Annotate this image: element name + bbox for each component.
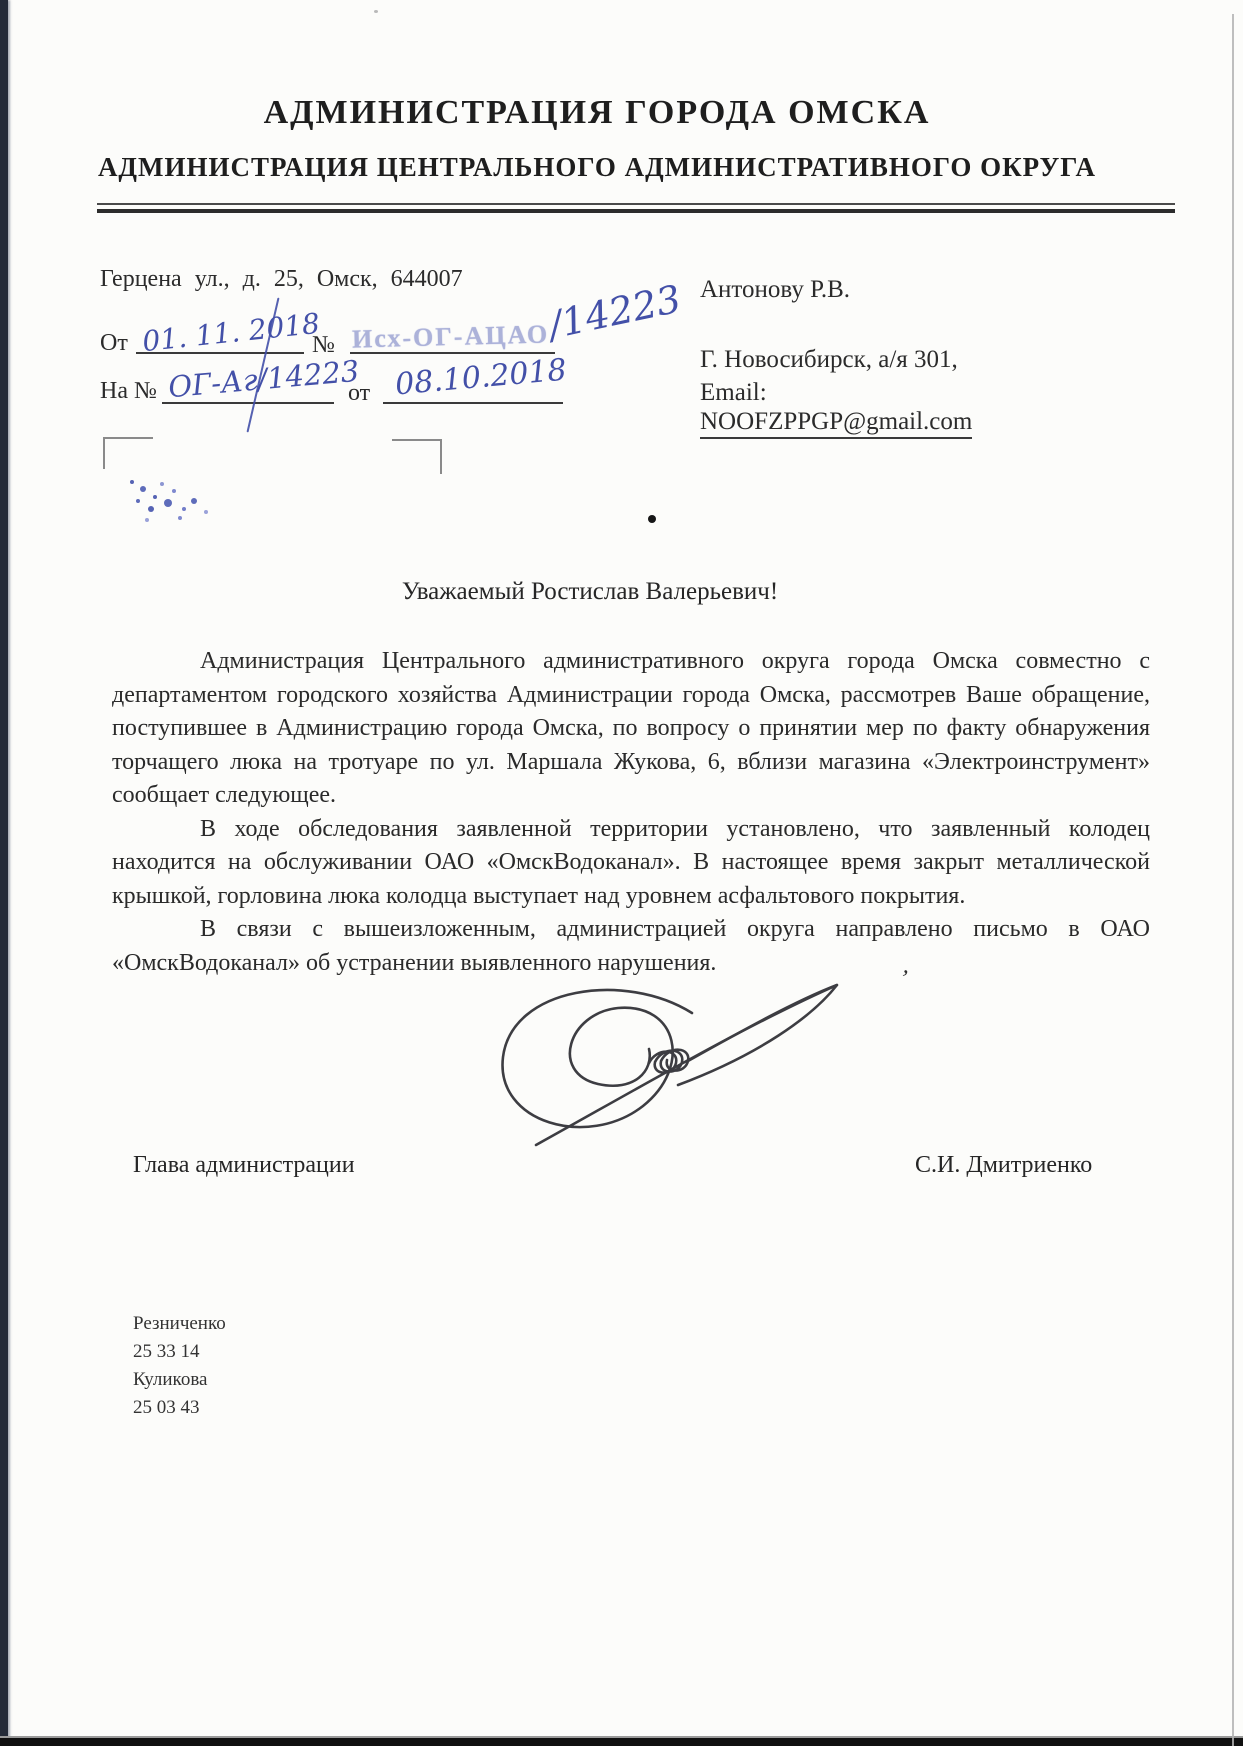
ref-number-handwritten: /14223 bbox=[545, 277, 685, 348]
handwritten-signature bbox=[440, 975, 860, 1150]
recipient-email-label: Email: bbox=[700, 379, 767, 407]
body-paragraph-3: В связи с вышеизложенным, администрацией… bbox=[112, 913, 1150, 980]
ref-reply-label: На № bbox=[100, 378, 157, 405]
letterhead-rule-thick bbox=[97, 209, 1175, 213]
ref-reply-underline bbox=[162, 402, 334, 404]
body-paragraph-1: Администрация Центрального административ… bbox=[112, 645, 1150, 813]
recipient-name: Антонову Р.В. bbox=[700, 276, 850, 304]
letterhead-subtitle: АДМИНИСТРАЦИЯ ЦЕНТРАЛЬНОГО АДМИНИСТРАТИВ… bbox=[62, 152, 1132, 183]
sender-address: Герцена ул., д. 25, Омск, 644007 bbox=[100, 266, 463, 293]
scanned-letter-page: АДМИНИСТРАЦИЯ ГОРОДА ОМСКА АДМИНИСТРАЦИЯ… bbox=[0, 0, 1243, 1746]
scan-edge-right bbox=[1232, 14, 1234, 1746]
ref-reply-date-label: от bbox=[348, 380, 370, 407]
ref-reply-date-underline bbox=[383, 402, 563, 404]
bullet-dot-artifact bbox=[648, 515, 656, 523]
executor-phone-2: 25 03 43 bbox=[133, 1394, 226, 1422]
body-paragraph-2: В ходе обследования заявленной территори… bbox=[112, 813, 1150, 914]
ref-reply-date-handwritten: 08.10.2018 bbox=[394, 353, 568, 403]
executor-contacts: Резниченко 25 33 14 Куликова 25 03 43 bbox=[133, 1310, 226, 1422]
ink-speckle-cluster bbox=[130, 480, 134, 484]
recipient-address: Г. Новосибирск, а/я 301, bbox=[700, 346, 958, 374]
scan-edge-bottom bbox=[0, 1736, 1243, 1746]
scan-edge-left bbox=[0, 0, 8, 1746]
recipient-email: NOOFZPPGP@gmail.com bbox=[700, 408, 972, 439]
executor-name-2: Куликова bbox=[133, 1366, 226, 1394]
executor-phone-1: 25 33 14 bbox=[133, 1338, 226, 1366]
executor-name-1: Резниченко bbox=[133, 1310, 226, 1338]
salutation: Уважаемый Ростислав Валерьевич! bbox=[90, 578, 1090, 606]
ref-from-underline bbox=[136, 352, 304, 354]
letter-body: Администрация Центрального административ… bbox=[112, 645, 1150, 980]
scan-speck bbox=[374, 10, 378, 13]
outgoing-stamp: Исх-ОГ-АЦАО bbox=[352, 319, 550, 354]
letterhead-rule-thin bbox=[97, 203, 1175, 205]
signer-name: С.И. Дмитриенко bbox=[915, 1152, 1092, 1179]
ref-from-label: От bbox=[100, 330, 128, 357]
address-window-bracket-right bbox=[392, 439, 442, 474]
address-window-bracket-left bbox=[103, 437, 153, 469]
signer-position-title: Глава администрации bbox=[133, 1152, 355, 1179]
ref-from-date-handwritten: 01. 11. 2018 bbox=[141, 307, 322, 358]
letterhead-title: АДМИНИСТРАЦИЯ ГОРОДА ОМСКА bbox=[62, 94, 1132, 132]
